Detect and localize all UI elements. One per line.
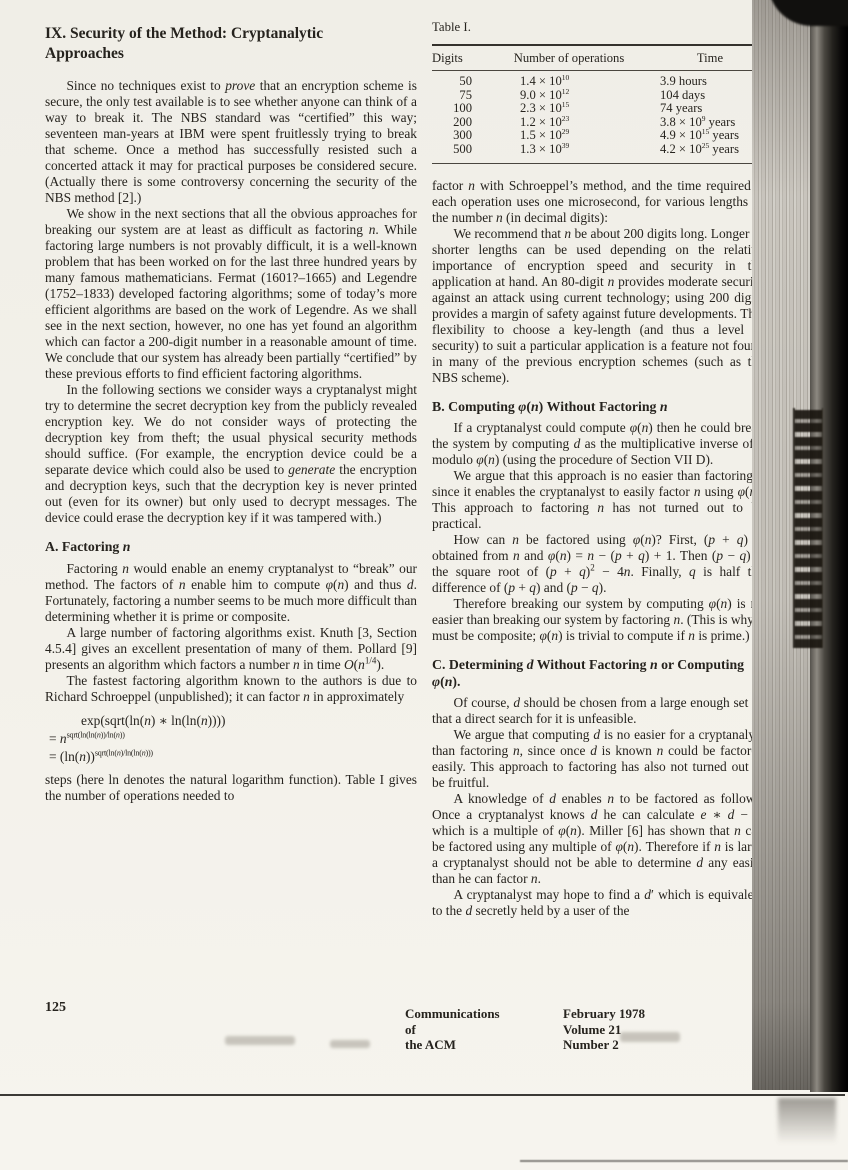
binding-bottom-smudge [778,1098,836,1144]
column-header-operations: Number of operations [480,51,658,66]
section-heading-b: B. Computing φ(n) Without Factoring n [432,399,764,416]
paragraph: The fastest factoring algorithm known to… [45,673,417,705]
table-cell: 104 days [658,89,762,103]
table-body: 501.4 × 10103.9 hours759.0 × 1012104 day… [432,71,762,163]
table-row: 1002.3 × 101574 years [432,102,762,116]
paragraph: Since no techniques exist to prove that … [45,78,417,206]
issue-info: February 1978Volume 21Number 2 [563,1006,645,1053]
table-row: 501.4 × 10103.9 hours [432,75,762,89]
scan-smudge [330,1040,370,1048]
table-cell: 50 [432,75,480,89]
paragraph: Factoring n would enable an enemy crypta… [45,561,417,625]
table-cell: 74 years [658,102,762,116]
table-cell: 200 [432,116,480,130]
footer-line: Volume 21 [563,1022,645,1038]
paragraph: In the following sections we consider wa… [45,382,417,526]
scanned-page: IX. Security of the Method: Cryptanalyti… [0,0,848,1170]
table-row: 5001.3 × 10394.2 × 1025 years [432,143,762,157]
page-number: 125 [45,1000,66,1016]
table-row: 759.0 × 1012104 days [432,89,762,103]
paragraph: We argue that this approach is no easier… [432,468,764,532]
footer-line: of [405,1022,500,1038]
paragraph: Of course, d should be chosen from a lar… [432,695,764,727]
paragraph: We show in the next sections that all th… [45,206,417,382]
paragraph: exp(sqrt(ln(n) ∗ ln(ln(n)))) [45,713,417,728]
paragraph: A knowledge of d enables n to be factore… [432,791,764,887]
column-header-digits: Digits [432,51,480,66]
fore-edge-stamp [793,408,823,648]
closing-paragraph: steps (here ln denotes the natural logar… [45,772,417,804]
footer-rule [0,1094,845,1096]
column-header-time: Time [658,51,762,66]
table-i: Digits Number of operations Time 501.4 ×… [432,44,762,164]
table-cell: 4.2 × 1025 years [658,143,762,157]
paragraph: A large number of factoring algorithms e… [45,625,417,673]
table-cell: 75 [432,89,480,103]
intro-paragraphs: Since no techniques exist to prove that … [45,78,417,526]
table-bottom-rule [432,163,762,164]
table-cell: 500 [432,143,480,157]
section-heading-ix: IX. Security of the Method: Cryptanalyti… [45,24,395,64]
schroeppel-formula: exp(sqrt(ln(n) ∗ ln(ln(n))))= nsqrt(ln(l… [45,713,417,764]
scan-smudge [225,1036,295,1045]
table-cell: 100 [432,102,480,116]
table-label: Table I. [432,20,764,35]
footer-line: the ACM [405,1037,500,1053]
section-c-paragraphs: Of course, d should be chosen from a lar… [432,695,764,919]
table-cell: 300 [432,129,480,143]
after-table-paragraphs: We recommend that n be about 200 digits … [432,226,764,386]
left-column: IX. Security of the Method: Cryptanalyti… [45,24,417,804]
journal-name: Communicationsofthe ACM [405,1006,500,1053]
paragraph: How can n be factored using φ(n)? First,… [432,532,764,596]
continuation-paragraph: factor n with Schroeppel’s method, and t… [432,178,764,226]
paragraph: = (ln(n))sqrt(ln(n)/ln(ln(n))) [45,749,417,764]
section-heading-c: C. Determining d Without Factoring n or … [432,657,764,690]
footer-line: Communications [405,1006,500,1022]
table-row: 3001.5 × 10294.9 × 1015 years [432,129,762,143]
footer-line: February 1978 [563,1006,645,1022]
section-a-paragraphs: Factoring n would enable an enemy crypta… [45,561,417,705]
table-header-row: Digits Number of operations Time [432,46,762,70]
section-heading-a: A. Factoring n [45,539,417,556]
footer-line: Number 2 [563,1037,645,1053]
paragraph: A cryptanalyst may hope to find a d′ whi… [432,887,764,919]
paragraph: We argue that computing d is no easier f… [432,727,764,791]
table-cell: 4.9 × 1015 years [658,129,762,143]
section-b-paragraphs: If a cryptanalyst could compute φ(n) the… [432,420,764,644]
paragraph: We recommend that n be about 200 digits … [432,226,764,386]
right-column: Table I. Digits Number of operations Tim… [432,14,764,919]
page-bottom-edge [520,1160,848,1162]
paragraph: Therefore breaking our system by computi… [432,596,764,644]
table-cell: 3.9 hours [658,75,762,89]
paragraph: If a cryptanalyst could compute φ(n) the… [432,420,764,468]
paragraph: = nsqrt(ln(ln(n))/ln(n)) [45,731,417,746]
table-cell: 1.3 × 1039 [480,143,658,157]
